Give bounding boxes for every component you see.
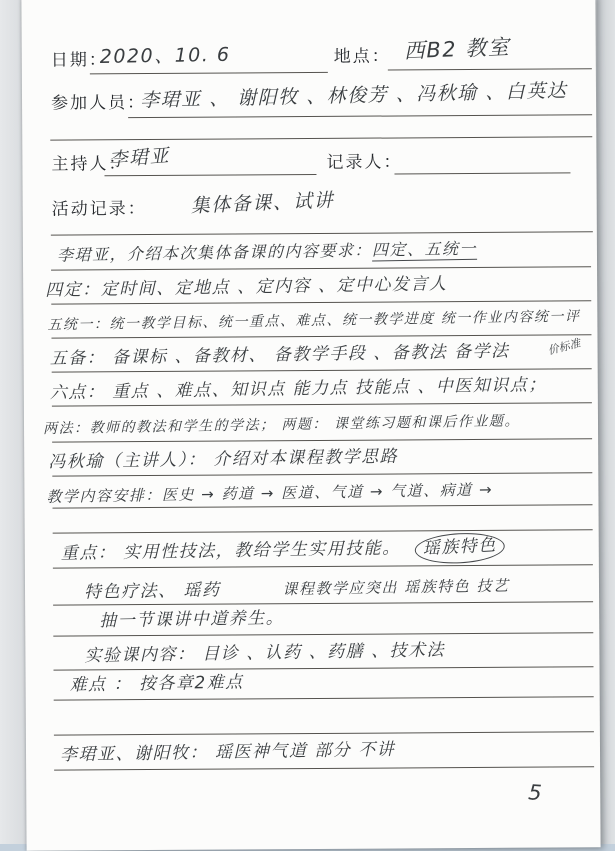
- page-number: 5: [528, 780, 543, 805]
- note-text: 五备： 备课标 、备教材、 备教学手段 、备教法 备学法: [49, 341, 509, 369]
- note-text: 四定：定时间、定地点 、定内容 、定中心发言人: [45, 274, 448, 301]
- note-line-4: 五备： 备课标 、备教材、 备教学手段 、备教法 备学法: [49, 338, 509, 372]
- note-text: 难点 ： 按各章2难点: [69, 673, 243, 696]
- note-emphasis: 四定、五统一: [372, 239, 477, 262]
- note-line-2: 四定：定时间、定地点 、定内容 、定中心发言人: [45, 271, 448, 304]
- activity-value: 集体备课、试讲: [190, 185, 335, 218]
- note-line-10: 特色疗法、 瑶药课程教学应突出 瑶族特色 技艺: [84, 573, 510, 606]
- recorder-label: 记录人：: [326, 147, 402, 172]
- note-text: 两法：教师的教法和学生的学法； 两题： 课堂练习题和课后作业题。: [43, 413, 520, 437]
- rule-line: [54, 731, 594, 735]
- note-text: 教学内容安排：医史 → 药道 → 医道、气道 → 气道、病道 →: [46, 481, 493, 506]
- note-text: 抽一节课讲中道养生。: [99, 608, 284, 631]
- note-line-13: 难点 ： 按各章2难点: [69, 670, 244, 699]
- date-value: 2020、10. 6: [100, 40, 231, 69]
- location-value: 西B2 教室: [403, 31, 511, 65]
- location-label: 地点：: [334, 42, 391, 67]
- host-value: 李珺亚: [107, 141, 170, 173]
- host-underline: [104, 174, 316, 176]
- section-divider-record: [51, 231, 593, 235]
- note-text: 五统一：统一教学目标、统一重点、难点、统一教学进度 统一作业内容统一评: [47, 309, 580, 334]
- note-line-7: 冯秋瑜（主讲人）： 介绍对本课程教学思路: [48, 444, 398, 476]
- note-text: 李珺亚，介绍本次集体备课的内容要求：: [57, 241, 372, 265]
- note-line-5: 六点： 重点 、难点、知识点 能力点 技能点 、中医知识点；: [50, 372, 547, 406]
- note-text-2: 课程教学应突出 瑶族特色 技艺: [282, 577, 509, 599]
- note-line-11: 抽一节课讲中道养生。: [99, 605, 284, 634]
- note-line-1: 李珺亚，介绍本次集体备课的内容要求：四定、五统一: [57, 236, 477, 269]
- date-underline: [90, 72, 328, 74]
- note-text: 特色疗法、 瑶药: [84, 580, 221, 602]
- recorder-underline: [394, 172, 570, 174]
- rule-line: [53, 529, 593, 533]
- note-line-6: 两法：教师的教法和学生的学法； 两题： 课堂练习题和课后作业题。: [43, 408, 520, 442]
- participants-underline: [128, 114, 592, 118]
- note-text: 六点： 重点 、难点、知识点 能力点 技能点 、中医知识点；: [50, 375, 547, 403]
- location-underline: [388, 68, 592, 70]
- note-line-14: 李珺亚、谢阳牧： 瑶医神气道 部分 不讲: [60, 737, 396, 769]
- note-margin-note: 价标准: [546, 335, 582, 359]
- note-circled-text: 瑶族特色: [414, 531, 505, 566]
- note-text: 李珺亚、谢阳牧： 瑶医神气道 部分 不讲: [60, 740, 396, 766]
- note-text: 重点： 实用性技法，教给学生实用技能。: [61, 538, 401, 564]
- note-text: 冯秋瑜（主讲人）： 介绍对本课程教学思路: [48, 447, 398, 473]
- note-line-12: 实验课内容： 目诊 、认药 、药膳 、技术法: [84, 637, 445, 669]
- participants-label: 参加人员：: [51, 88, 146, 114]
- activity-label: 活动记录：: [52, 194, 147, 220]
- note-line-3: 五统一：统一教学目标、统一重点、难点、统一教学进度 统一作业内容统一评: [47, 304, 580, 339]
- participants-value: 李珺亚 、 谢阳牧 、林俊芳 、冯秋瑜 、白英达: [140, 76, 568, 113]
- note-text: 实验课内容： 目诊 、认药 、药膳 、技术法: [84, 640, 445, 666]
- scanned-page: 日期： 2020、10. 6 地点： 西B2 教室 参加人员： 李珺亚 、 谢阳…: [21, 0, 600, 851]
- section-divider-top: [50, 136, 592, 140]
